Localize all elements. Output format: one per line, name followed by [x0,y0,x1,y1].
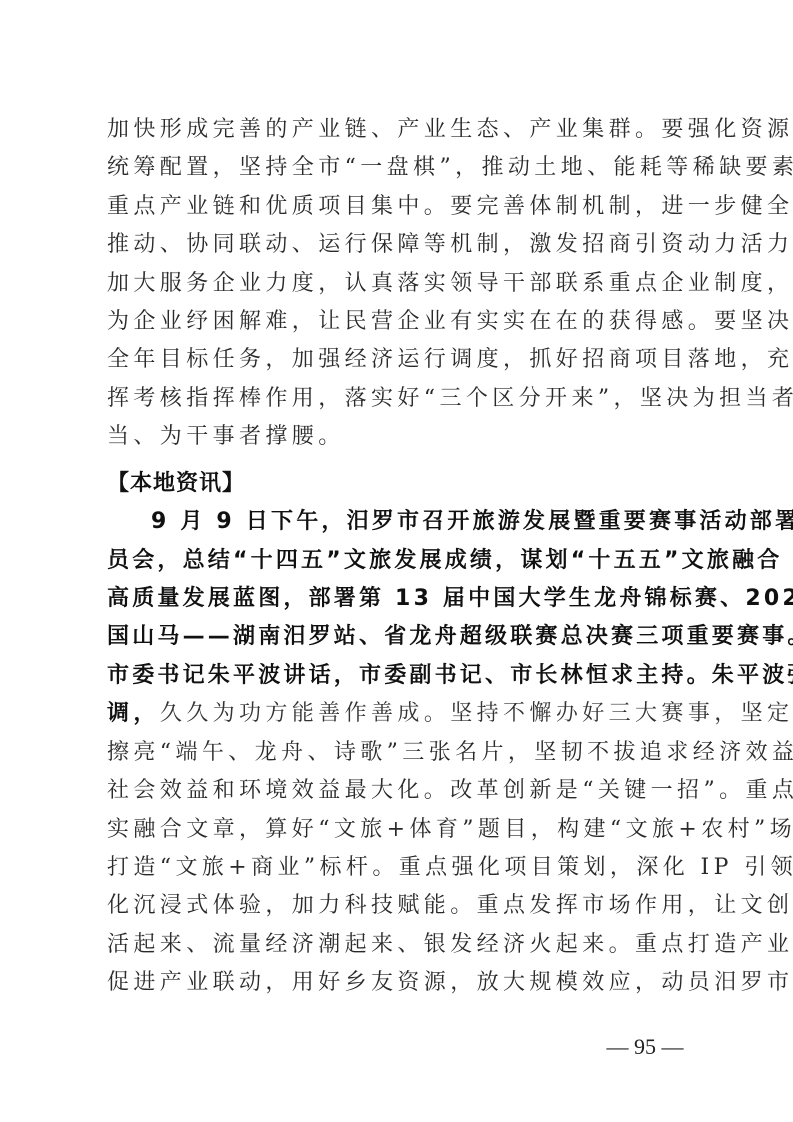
paragraph-line: 活起来、流量经济潮起来、银发经济火起来。重点打造产业集群， [107,930,689,960]
paragraph-line-bold: 员会，总结“十四五”文旅发展成绩，谋划“十五五”文旅融合 [107,546,689,576]
paragraph-line: 社会效益和环境效益最大化。改革创新是“关键一招”。重点做 [107,776,689,806]
page-number: — 95 — [600,1034,690,1060]
paragraph-line: 促进产业联动，用好乡友资源，放大规模效应，动员汨罗市上下 [107,968,689,998]
paragraph-line-bold: 市委书记朱平波讲话，市委副书记、市长林恒求主持。朱平波强 [107,661,689,691]
paragraph-line: 全年目标任务，加强经济运行调度，抓好招商项目落地，充分发 [107,345,689,375]
paragraph-line: 加快形成完善的产业链、产业生态、产业集群。要强化资源要素 [107,115,689,145]
paragraph-line-bold: 9 月 9 日下午，汨罗市召开旅游发展暨重要赛事活动部署动 [107,507,689,537]
paragraph-line-mixed: 调，久久为功方能善作善成。坚持不懈办好三大赛事，坚定不移 [107,699,689,729]
paragraph-line: 重点产业链和优质项目集中。要完善体制机制，进一步健全高位 [107,192,689,222]
paragraph-line-bold: 国山马——湖南汨罗站、省龙舟超级联赛总决赛三项重要赛事。 [107,622,689,652]
paragraph-line: 加大服务企业力度，认真落实领导干部联系重点企业制度，切实 [107,269,689,299]
paragraph-line: 擦亮“端午、龙舟、诗歌”三张名片，坚韧不拔追求经济效益、 [107,738,689,768]
document-page: 加快形成完善的产业链、产业生态、产业集群。要强化资源要素 统筹配置，坚持全市“一… [0,0,793,1122]
paragraph-line: 统筹配置，坚持全市“一盘棋”，推动土地、能耗等稀缺要素向 [107,153,689,183]
paragraph-line: 推动、协同联动、运行保障等机制，激发招商引资动力活力。要 [107,230,689,260]
paragraph-line: 化沉浸式体验，加力科技赋能。重点发挥市场作用，让文创经济 [107,891,689,921]
paragraph-line: 打造“文旅+商业”标杆。重点强化项目策划，深化 IP 引领，强 [107,853,689,883]
paragraph-line: 当、为干事者撑腰。 [107,422,689,452]
bold-run: 调， [107,701,160,726]
paragraph-line-bold: 高质量发展蓝图，部署第 13 届中国大学生龙舟锦标赛、2025 中 [107,584,689,614]
regular-run: 久久为功方能善作善成。坚持不懈办好三大赛事，坚定不移 [160,701,793,726]
paragraph-line: 挥考核指挥棒作用，落实好“三个区分开来”，坚决为担当者担 [107,384,689,414]
paragraph-line: 为企业纾困解难，让民营企业有实实在在的获得感。要坚决完成 [107,307,689,337]
paragraph-line: 实融合文章，算好“文旅+体育”题目，构建“文旅+农村”场景， [107,815,689,845]
section-heading: 【本地资讯】 [107,469,245,499]
